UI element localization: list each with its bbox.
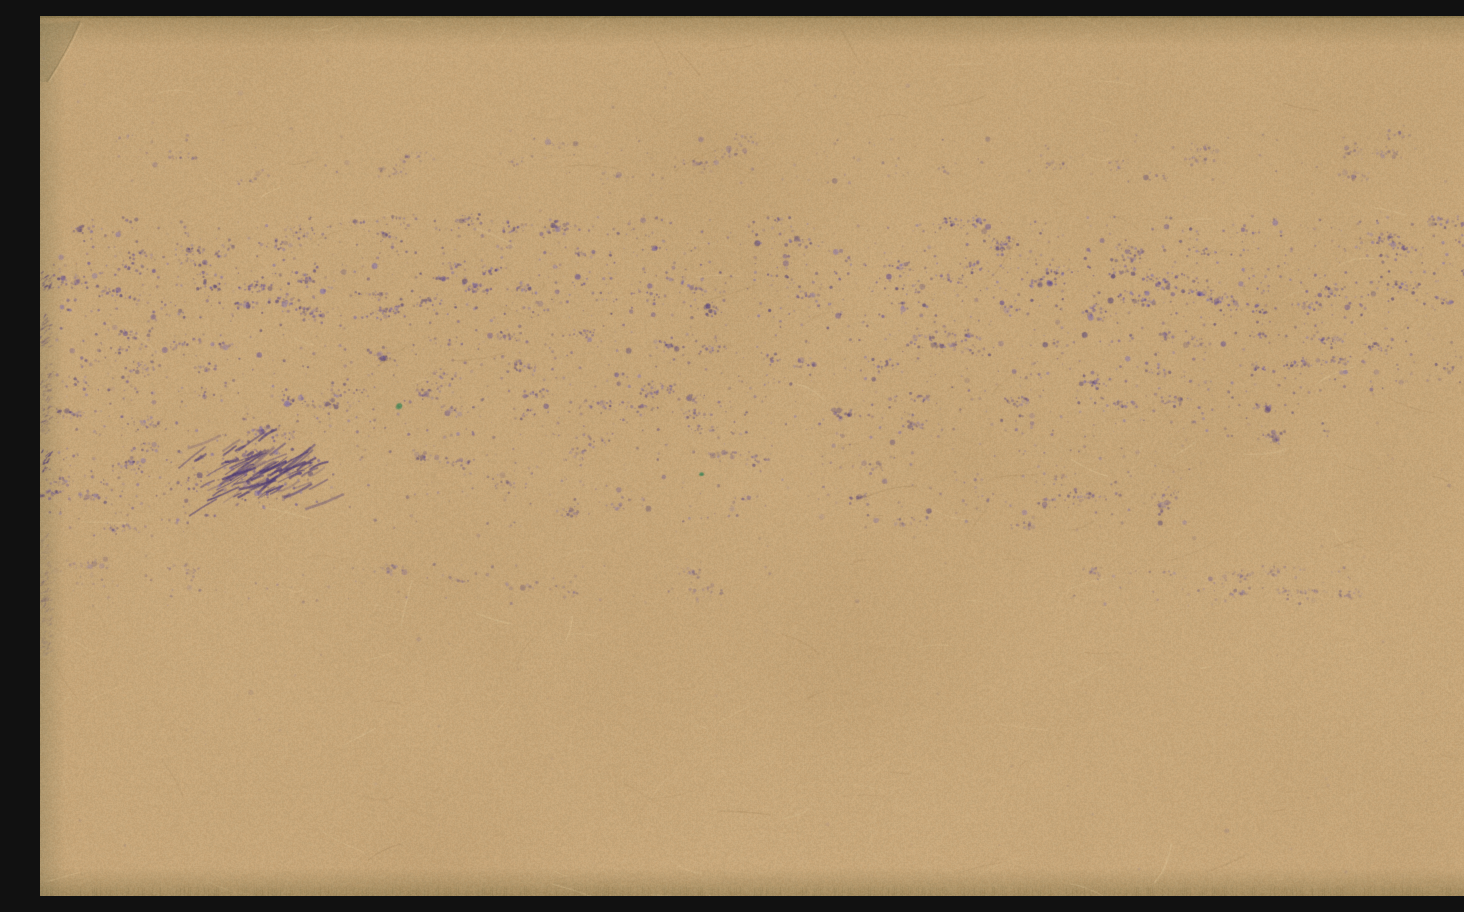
scanned-postcard-back [40, 16, 1464, 896]
paper-texture-canvas [40, 16, 1464, 896]
